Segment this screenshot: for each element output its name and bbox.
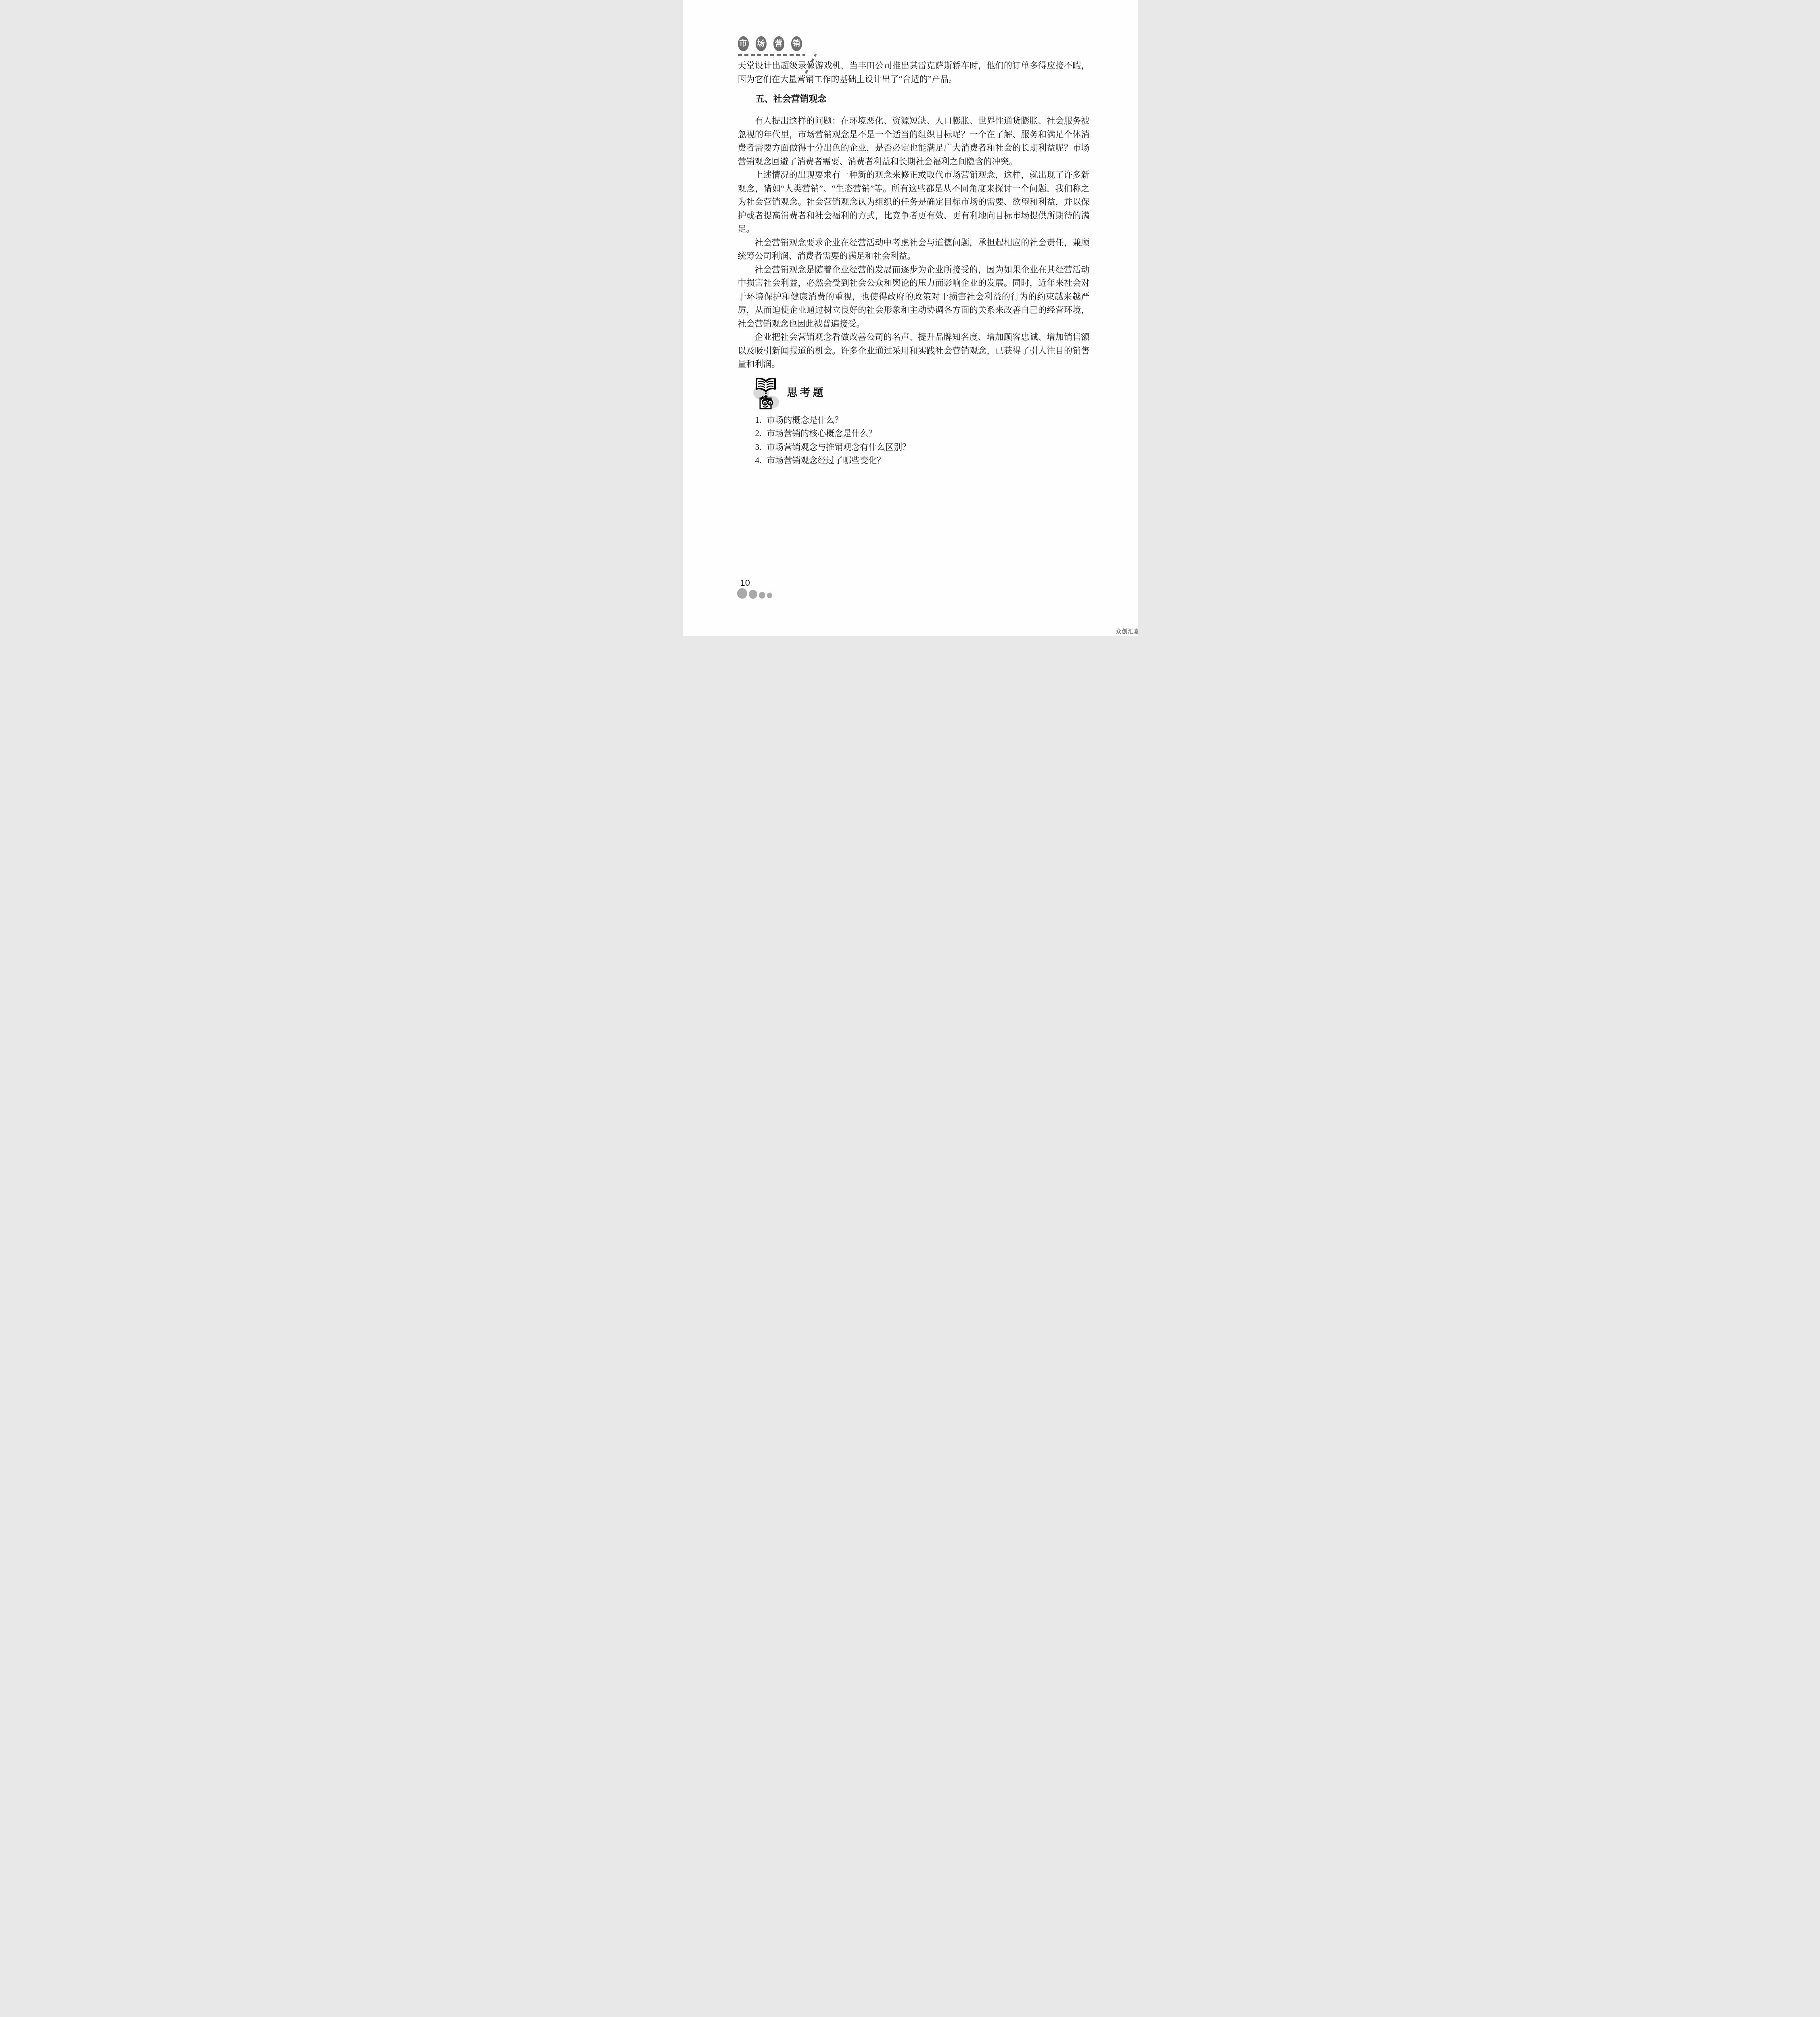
main-text-block: 天堂设计出超级录像游戏机，当丰田公司推出其雷克萨斯轿车时，他们的订单多得应接不暇… bbox=[738, 59, 1090, 468]
question-item: 4. 市场营销观念经过了哪些变化？ bbox=[755, 454, 1090, 468]
reading-thinker-icon bbox=[753, 378, 779, 409]
question-text: 市场营销观念与推销观念有什么区别？ bbox=[767, 441, 911, 454]
logo-char-ellipse: 销 bbox=[791, 36, 802, 51]
section-heading: 五、社会营销观念 bbox=[738, 92, 1090, 106]
logo-char: 市 bbox=[739, 40, 747, 48]
logo-char: 营 bbox=[775, 40, 782, 48]
logo-characters: 市 场 营 销 bbox=[738, 36, 831, 51]
paragraph: 上述情况的出现要求有一种新的观念来修正或取代市场营销观念，这样，就出现了许多新观… bbox=[738, 168, 1090, 236]
page-number: 10 bbox=[740, 578, 750, 587]
publisher-watermark: 众创汇嘉 bbox=[1116, 627, 1138, 635]
logo-char: 销 bbox=[792, 40, 800, 48]
book-logo: 市 场 营 销 bbox=[738, 36, 831, 56]
question-item: 3. 市场营销观念与推销观念有什么区别？ bbox=[755, 441, 1090, 454]
question-list: 1. 市场的概念是什么？ 2. 市场营销的核心概念是什么？ 3. 市场营销观念与… bbox=[755, 413, 1090, 468]
question-item: 2. 市场营销的核心概念是什么？ bbox=[755, 427, 1090, 441]
think-section-title: 思考题 bbox=[787, 384, 826, 399]
gray-dot bbox=[749, 590, 757, 599]
question-number: 3. bbox=[755, 441, 762, 454]
gray-dot bbox=[767, 593, 772, 598]
question-number: 2. bbox=[755, 427, 762, 441]
paragraph: 社会营销观念要求企业在经营活动中考虑社会与道德问题，承担起相应的社会责任，兼顾统… bbox=[738, 236, 1090, 263]
logo-char-ellipse: 营 bbox=[773, 36, 784, 51]
paragraph: 企业把社会营销观念看做改善公司的名声、提升品牌知名度、增加顾客忠诚、增加销售额以… bbox=[738, 330, 1090, 371]
footer-dots bbox=[737, 588, 772, 599]
question-text: 市场营销的核心概念是什么？ bbox=[767, 427, 877, 441]
logo-char: 场 bbox=[757, 40, 765, 48]
paragraph: 社会营销观念是随着企业经营的发展而逐步为企业所接受的，因为如果企业在其经营活动中… bbox=[738, 263, 1090, 331]
textbook-page: 市 场 营 销 天堂设计出超级录像游戏机，当丰田公司推出其雷克萨斯轿车时，他们的… bbox=[683, 0, 1138, 636]
paragraph-continued: 天堂设计出超级录像游戏机，当丰田公司推出其雷克萨斯轿车时，他们的订单多得应接不暇… bbox=[738, 59, 1090, 86]
logo-char-ellipse: 场 bbox=[756, 36, 767, 51]
think-section-header: 思考题 bbox=[753, 378, 1090, 409]
dashed-underline bbox=[738, 54, 805, 56]
gray-dot bbox=[737, 588, 747, 599]
question-item: 1. 市场的概念是什么？ bbox=[755, 413, 1090, 427]
question-text: 市场的概念是什么？ bbox=[767, 413, 843, 427]
question-text: 市场营销观念经过了哪些变化？ bbox=[767, 454, 885, 468]
logo-char-ellipse: 市 bbox=[738, 36, 749, 51]
gray-dot bbox=[759, 592, 765, 599]
question-number: 4. bbox=[755, 454, 762, 468]
question-number: 1. bbox=[755, 413, 762, 427]
paragraph: 有人提出这样的问题：在环境恶化、资源短缺、人口膨胀、世界性通货膨胀、社会服务被忽… bbox=[738, 114, 1090, 168]
